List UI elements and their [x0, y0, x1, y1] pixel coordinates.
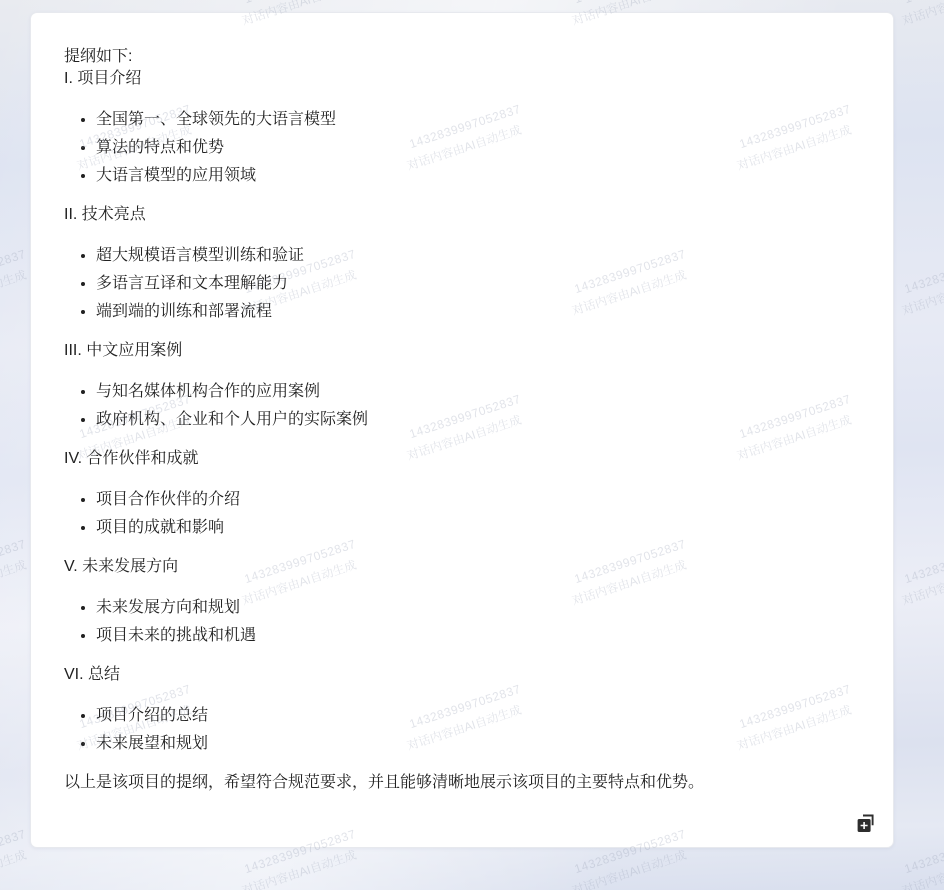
outline-item: 全国第一、全球领先的大语言模型: [96, 109, 860, 131]
copy-plus-icon: [855, 812, 877, 834]
outline-item: 政府机构、企业和个人用户的实际案例: [96, 409, 860, 431]
bullet-list-5: 未来发展方向和规划 项目未来的挑战和机遇: [64, 597, 860, 647]
page-background: 提纲如下: I. 项目介绍 全国第一、全球领先的大语言模型 算法的特点和优势 大…: [0, 0, 944, 890]
section-heading-3: III. 中文应用案例: [64, 340, 860, 362]
section-heading-6: VI. 总结: [64, 664, 860, 686]
ai-message-card: 提纲如下: I. 项目介绍 全国第一、全球领先的大语言模型 算法的特点和优势 大…: [30, 12, 894, 848]
watermark-text: 1432839997052837对话内容由AI自动生成: [903, 248, 944, 314]
copy-button[interactable]: [855, 812, 877, 834]
outline-item: 算法的特点和优势: [96, 137, 860, 159]
outline-item: 项目未来的挑战和机遇: [96, 625, 860, 647]
section-heading-1: I. 项目介绍: [64, 68, 860, 90]
bullet-list-1: 全国第一、全球领先的大语言模型 算法的特点和优势 大语言模型的应用领域: [64, 109, 860, 187]
outline-item: 项目合作伙伴的介绍: [96, 489, 860, 511]
outline-item: 项目介绍的总结: [96, 705, 860, 727]
outline-item: 端到端的训练和部署流程: [96, 301, 860, 323]
bullet-list-3: 与知名媒体机构合作的应用案例 政府机构、企业和个人用户的实际案例: [64, 381, 860, 431]
lead-text: 提纲如下:: [64, 46, 860, 68]
watermark-text: 1432839997052837对话内容由AI自动生成: [0, 248, 33, 314]
outline-item: 未来展望和规划: [96, 733, 860, 755]
watermark-text: 1432839997052837对话内容由AI自动生成: [903, 538, 944, 604]
bullet-list-6: 项目介绍的总结 未来展望和规划: [64, 705, 860, 755]
outline-item: 未来发展方向和规划: [96, 597, 860, 619]
section-heading-4: IV. 合作伙伴和成就: [64, 448, 860, 470]
outline-item: 大语言模型的应用领域: [96, 165, 860, 187]
outline-item: 项目的成就和影响: [96, 517, 860, 539]
watermark-text: 1432839997052837对话内容由AI自动生成: [0, 828, 33, 890]
section-heading-5: V. 未来发展方向: [64, 556, 860, 578]
watermark-text: 1432839997052837对话内容由AI自动生成: [903, 828, 944, 890]
watermark-text: 1432839997052837对话内容由AI自动生成: [0, 0, 33, 24]
closing-text: 以上是该项目的提纲，希望符合规范要求，并且能够清晰地展示该项目的主要特点和优势。: [64, 772, 860, 794]
outline-item: 超大规模语言模型训练和验证: [96, 245, 860, 267]
bullet-list-2: 超大规模语言模型训练和验证 多语言互译和文本理解能力 端到端的训练和部署流程: [64, 245, 860, 323]
bullet-list-4: 项目合作伙伴的介绍 项目的成就和影响: [64, 489, 860, 539]
watermark-text: 1432839997052837对话内容由AI自动生成: [903, 0, 944, 24]
section-heading-2: II. 技术亮点: [64, 204, 860, 226]
outline-item: 多语言互译和文本理解能力: [96, 273, 860, 295]
outline-item: 与知名媒体机构合作的应用案例: [96, 381, 860, 403]
watermark-text: 1432839997052837对话内容由AI自动生成: [0, 538, 33, 604]
